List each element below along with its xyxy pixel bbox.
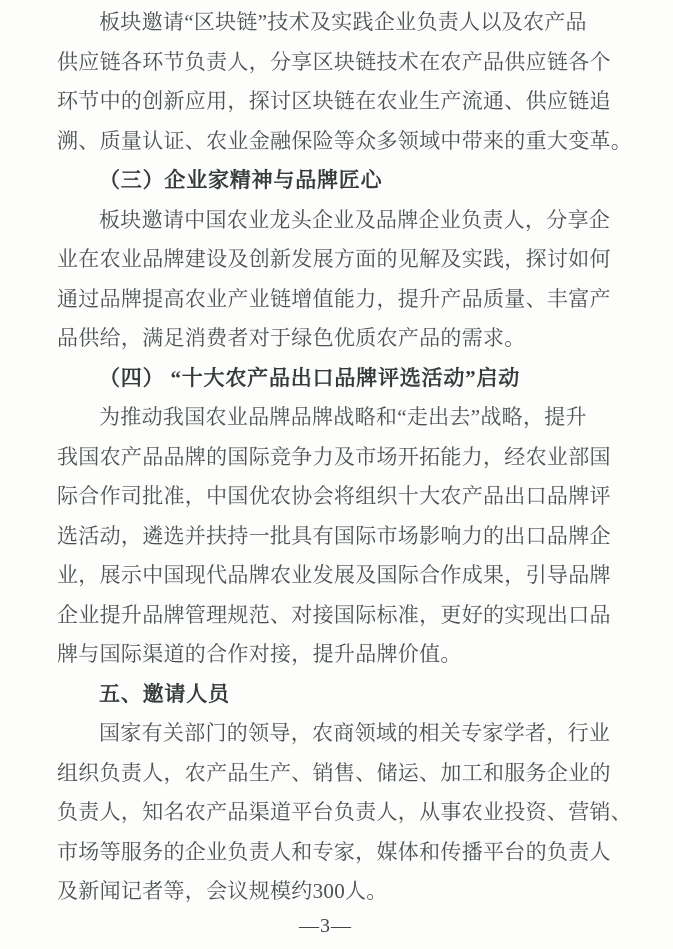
body-text-line: 业，展示中国现代品牌农业发展及国际合作成果，引导品牌 bbox=[57, 556, 613, 596]
body-text-line: 溯、质量认证、农业金融保险等众多领域中带来的重大变革。 bbox=[57, 122, 613, 162]
body-text-line: 通过品牌提高农业产业链增值能力，提升产品质量、丰富产 bbox=[57, 280, 613, 320]
body-text-line: 市场等服务的企业负责人和专家，媒体和传播平台的负责人 bbox=[57, 833, 613, 873]
body-text-line: 板块邀请“区块链”技术及实践企业负责人以及农产品 bbox=[57, 3, 613, 43]
document-body: 板块邀请“区块链”技术及实践企业负责人以及农产品供应链各环节负责人，分享区块链技… bbox=[57, 3, 613, 912]
body-text-line: 际合作司批准，中国优农协会将组织十大农产品出口品牌评 bbox=[57, 477, 613, 517]
body-text-line: 环节中的创新应用，探讨区块链在农业生产流通、供应链追 bbox=[57, 82, 613, 122]
body-text-line: 负责人，知名农产品渠道平台负责人，从事农业投资、营销、 bbox=[57, 793, 613, 833]
body-text-line: 国家有关部门的领导，农商领域的相关专家学者，行业 bbox=[57, 714, 613, 754]
body-text-line: 板块邀请中国农业龙头企业及品牌企业负责人，分享企 bbox=[57, 201, 613, 241]
heading-line: （四） “十大农产品出口品牌评选活动”启动 bbox=[57, 359, 613, 399]
body-text-line: 为推动我国农业品牌品牌战略和“走出去”战略，提升 bbox=[57, 398, 613, 438]
body-text-line: 牌与国际渠道的合作对接，提升品牌价值。 bbox=[57, 635, 613, 675]
heading-line: 五、邀请人员 bbox=[57, 675, 613, 715]
heading-line: （三）企业家精神与品牌匠心 bbox=[57, 161, 613, 201]
body-text-line: 供应链各环节负责人，分享区块链技术在农产品供应链各个 bbox=[57, 43, 613, 83]
body-text-line: 选活动，遴选并扶持一批具有国际市场影响力的出口品牌企 bbox=[57, 517, 613, 557]
body-text-line: 品供给，满足消费者对于绿色优质农产品的需求。 bbox=[57, 319, 613, 359]
scanned-page: 板块邀请“区块链”技术及实践企业负责人以及农产品供应链各环节负责人，分享区块链技… bbox=[0, 0, 673, 949]
body-text-line: 业在农业品牌建设及创新发展方面的见解及实践，探讨如何 bbox=[57, 240, 613, 280]
body-text-line: 及新闻记者等，会议规模约300人。 bbox=[57, 872, 613, 912]
body-text-line: 组织负责人，农产品生产、销售、储运、加工和服务企业的 bbox=[57, 754, 613, 794]
body-text-line: 我国农产品品牌的国际竞争力及市场开拓能力，经农业部国 bbox=[57, 438, 613, 478]
page-number: —3— bbox=[0, 909, 651, 943]
body-text-line: 企业提升品牌管理规范、对接国际标准，更好的实现出口品 bbox=[57, 596, 613, 636]
